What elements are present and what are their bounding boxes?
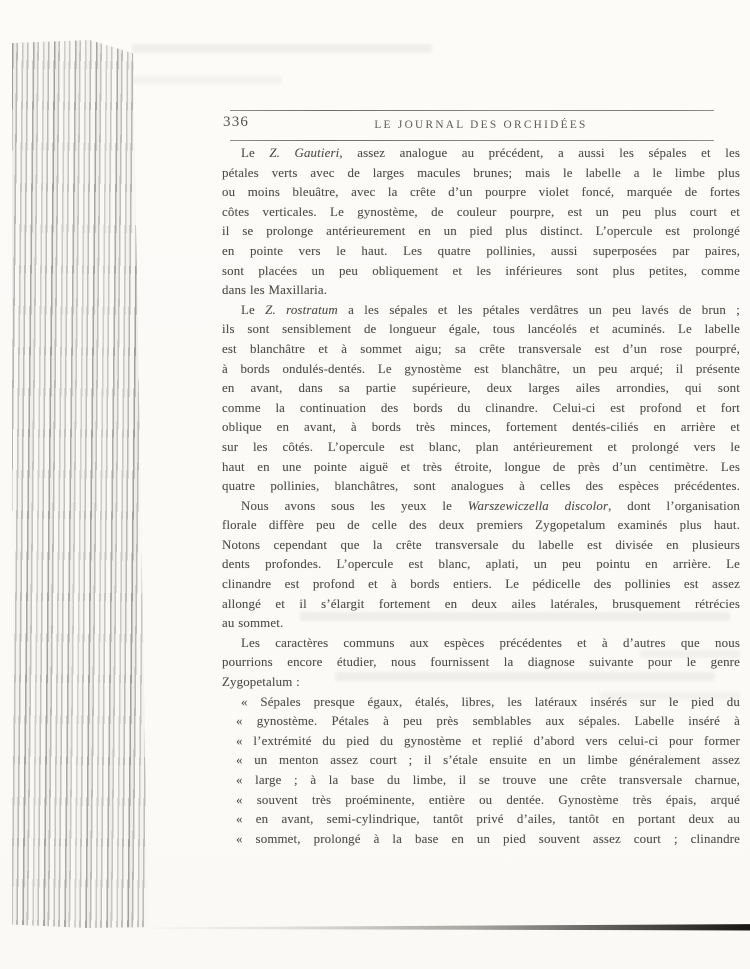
text-line: en pointe vers le haut. Les quatre polli… — [222, 242, 740, 262]
species-name-italic: Warszewiczella discolor — [468, 499, 608, 513]
text-line: comme la continuation des bords du clina… — [222, 399, 740, 419]
text-line: sur les côtés. L’opercule est blanc, pla… — [222, 438, 740, 458]
text-line: allongé et il s’élargit fortement en deu… — [222, 595, 740, 615]
text-line: pourrions encore étudier, nous fournisse… — [222, 653, 740, 673]
text-segment: assez analogue au précédent, a aussi les… — [343, 146, 740, 160]
text-line: dans les Maxillaria. — [222, 281, 740, 301]
text-segment: Le — [241, 303, 265, 317]
text-line: Le Z. rostratum a les sépales et les pét… — [222, 301, 740, 321]
paragraph: Le Z. rostratum a les sépales et les pét… — [222, 301, 740, 497]
paragraph-quote: « Sépales presque égaux, étalés, libres,… — [236, 693, 740, 850]
text-line: « large ; à la base du limbe, il se trou… — [236, 771, 740, 791]
text-segment: Nous avons sous les yeux le — [241, 499, 468, 513]
text-line: oblique en avant, à bords très minces, f… — [222, 418, 740, 438]
text-line: haut en une pointe aiguë et très étroite… — [222, 458, 740, 478]
text-line: Les caractères communs aux espèces précé… — [222, 634, 740, 654]
header-rule-top — [230, 110, 714, 111]
text-line: « en avant, semi-cylindrique, tantôt pri… — [236, 810, 740, 830]
scanned-page: 336 LE JOURNAL DES ORCHIDÉES Le Z. Gauti… — [0, 0, 750, 969]
text-line: pétales verts avec de larges macules bru… — [222, 164, 740, 184]
text-line: Nous avons sous les yeux le Warszewiczel… — [222, 497, 740, 517]
text-line: quatre pollinies, blanchâtres, sont anal… — [222, 477, 740, 497]
text-line: est blanchâtre et à sommet aigu; sa crêt… — [222, 340, 740, 360]
text-line: ils sont sensiblement de longueur égale,… — [222, 320, 740, 340]
paragraph: Les caractères communs aux espèces précé… — [222, 634, 740, 693]
species-name-italic: Z. rostratum — [265, 303, 338, 317]
text-line: « l’extrémité du pied du gynostème et re… — [236, 732, 740, 752]
text-line: « souvent très proéminente, entière ou d… — [236, 791, 740, 811]
text-line: « un menton assez court ; il s’étale ens… — [236, 751, 740, 771]
text-line: « sommet, prolongé à la base en un pied … — [236, 830, 740, 850]
text-line: au sommet. — [222, 614, 740, 634]
text-line: il se prolonge antérieurement en un pied… — [222, 222, 740, 242]
text-line: à bords ondulés-dentés. Le gynostème est… — [222, 360, 740, 380]
text-line: ou moins bleuâtre, avec la crête d’un po… — [222, 183, 740, 203]
text-line: dents profondes. L’opercule est blanc, a… — [222, 555, 740, 575]
text-segment: Le — [241, 146, 269, 160]
species-name-italic: Z. Gautieri, — [269, 146, 342, 160]
book-binding-texture — [12, 40, 148, 928]
text-line: clinandre est profond et à bords entiers… — [222, 575, 740, 595]
header-rule-bottom — [230, 140, 714, 141]
text-line: florale diffère peu de celle des deux pr… — [222, 516, 740, 536]
text-line: « gynostème. Pétales à peu près semblabl… — [236, 712, 740, 732]
text-segment: , dont l’organisation — [608, 499, 740, 513]
body-text: Le Z. Gautieri, assez analogue au précéd… — [222, 144, 740, 849]
text-line: Zygopetalum : — [222, 673, 740, 693]
text-line: en avant, dans sa partie supérieure, deu… — [222, 379, 740, 399]
paragraph: Le Z. Gautieri, assez analogue au précéd… — [222, 144, 740, 301]
paragraph: Nous avons sous les yeux le Warszewiczel… — [222, 497, 740, 634]
text-line: sont placées un peu obliquement et les i… — [222, 262, 740, 282]
text-segment: a les sépales et les pétales verdâtres u… — [338, 303, 740, 317]
text-column: 336 LE JOURNAL DES ORCHIDÉES Le Z. Gauti… — [222, 0, 740, 969]
text-line: Le Z. Gautieri, assez analogue au précéd… — [222, 144, 740, 164]
text-line: côtes verticales. Le gynostème, de coule… — [222, 203, 740, 223]
running-title: LE JOURNAL DES ORCHIDÉES — [222, 119, 740, 131]
text-line: « Sépales presque égaux, étalés, libres,… — [236, 693, 740, 713]
text-line: Notons cependant que la crête transversa… — [222, 536, 740, 556]
